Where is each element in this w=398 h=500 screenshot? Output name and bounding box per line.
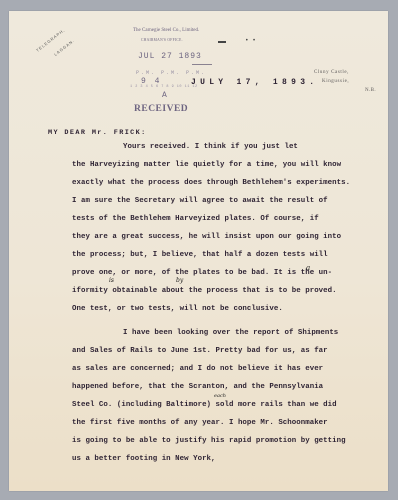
stamp-line bbox=[192, 64, 212, 65]
handwritten-correction-a: a bbox=[306, 264, 310, 272]
body-line: the process; but, I believe, that half a… bbox=[72, 251, 328, 259]
body-line: I am sure the Secretary will agree to aw… bbox=[72, 197, 328, 205]
ink-dots: • • bbox=[245, 37, 256, 44]
body-line: is going to be able to justify his rapid… bbox=[72, 437, 346, 445]
body-line: Steel Co. (including Baltimore) sold mor… bbox=[72, 401, 337, 409]
body-line: I have been looking over the report of S… bbox=[123, 329, 338, 337]
body-line: us a better footing in New York, bbox=[72, 455, 216, 463]
body-line: the Harveyizing matter lie quietly for a… bbox=[72, 161, 341, 169]
handwritten-insert-by: by bbox=[176, 277, 183, 284]
handwritten-insert-each: each bbox=[214, 393, 226, 399]
address-line-1: Cluny Castle, bbox=[314, 70, 349, 75]
body-line: iformity obtainable about the process th… bbox=[72, 287, 337, 295]
stamp-time-labels: P.M. P.M. P.M. bbox=[136, 70, 206, 76]
body-line: happened before, that the Scranton, and … bbox=[72, 383, 323, 391]
letter-page: TELEGRAPH, LAGGAN. The Carnegie Steel Co… bbox=[9, 11, 388, 491]
body-line: tests of the Bethlehem Harveyized plates… bbox=[72, 215, 319, 223]
stamp-date: JUL 27 1893 bbox=[138, 52, 202, 61]
address-line-3: N.B. bbox=[365, 88, 376, 93]
address-line-2: Kingussie, bbox=[322, 79, 349, 84]
stamp-office: CHAIRMAN'S OFFICE. bbox=[141, 38, 183, 42]
body-line: One test, or two tests, will not be conc… bbox=[72, 305, 283, 313]
body-line: and Sales of Rails to June 1st. Pretty b… bbox=[72, 347, 328, 355]
body-line: exactly what the process does through Be… bbox=[72, 179, 350, 187]
telegraph-address: LAGGAN. bbox=[53, 38, 76, 57]
stamp-company: The Carnegie Steel Co., Limited. bbox=[133, 28, 199, 33]
ink-dash bbox=[218, 41, 226, 43]
handwritten-insert-is: is bbox=[109, 277, 114, 284]
body-line: prove one, or more, of the plates to be … bbox=[72, 269, 332, 277]
letter-date: JULY 17, 1893. bbox=[191, 78, 318, 87]
salutation: MY DEAR Mr. FRICK: bbox=[48, 129, 147, 137]
received-stamp: RECEIVED bbox=[134, 104, 188, 114]
body-line: they are a great success, he will insist… bbox=[72, 233, 341, 241]
body-line: Yours received. I think if you just let bbox=[123, 143, 298, 151]
stamp-hour-scale: 1 2 3 4 5 6 7 8 9 10 11 12 bbox=[130, 85, 198, 89]
body-line: the first five months of any year. I hop… bbox=[72, 419, 328, 427]
stamp-mark: A bbox=[162, 91, 167, 100]
body-line: as sales are concerned; and I do not bel… bbox=[72, 365, 323, 373]
